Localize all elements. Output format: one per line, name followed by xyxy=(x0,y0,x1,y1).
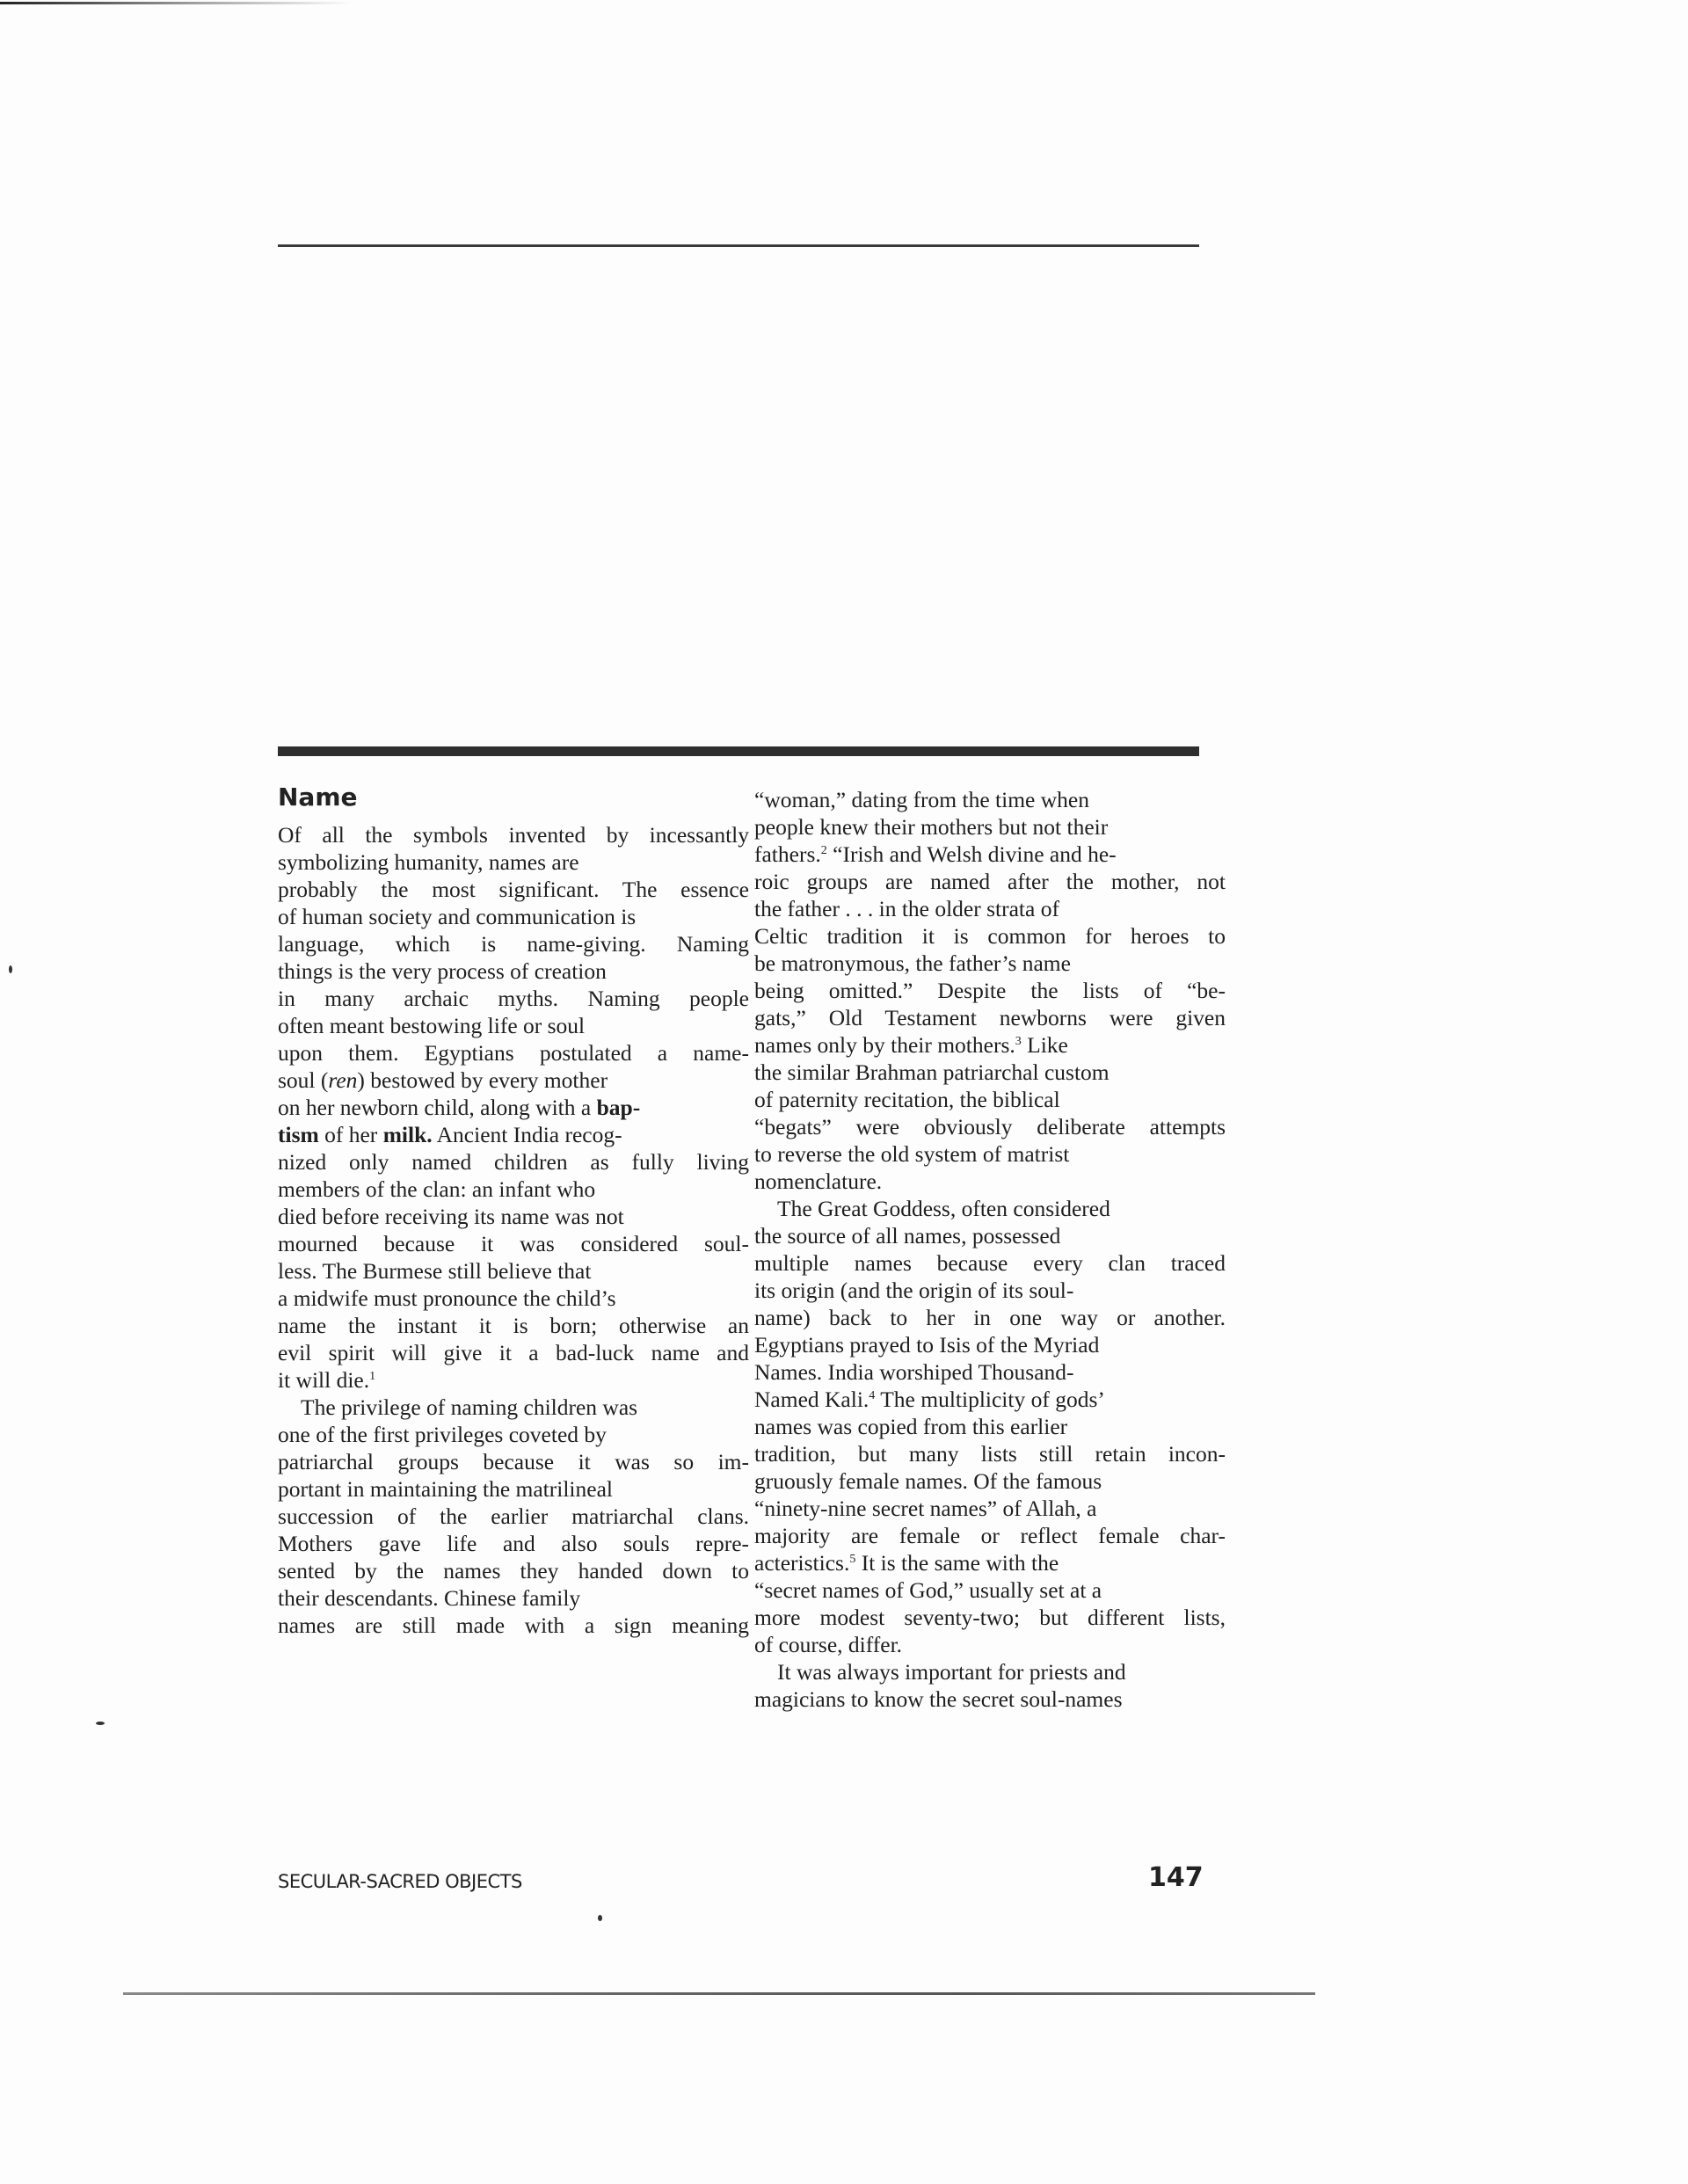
text-line: less. The Burmese still believe that xyxy=(278,1257,749,1285)
text-line: often meant bestowing life or soul xyxy=(278,1012,749,1039)
text-line: portant in maintaining the matrilineal xyxy=(278,1475,749,1503)
text-line: It was always important for priests and xyxy=(754,1658,1226,1685)
text-line: the father . . . in the older strata of xyxy=(754,895,1226,922)
text-line: names are still made with a sign meaning xyxy=(278,1612,749,1639)
footnote-marker[interactable]: 1 xyxy=(369,1370,375,1383)
text-line: name) back to her in one way or another. xyxy=(754,1304,1226,1331)
text-line: members of the clan: an infant who xyxy=(278,1176,749,1203)
text-line: the similar Brahman patriarchal custom xyxy=(754,1059,1226,1086)
text-line: it will die.1 xyxy=(278,1366,749,1394)
text-line: being omitted.” Despite the lists of “be… xyxy=(754,977,1226,1004)
text-line: a midwife must pronounce the child’s xyxy=(278,1285,749,1312)
text-line: on her newborn child, along with a bap- xyxy=(278,1094,749,1121)
text-line: nomenclature. xyxy=(754,1168,1226,1195)
text-line: “ninety-nine secret names” of Allah, a xyxy=(754,1495,1226,1522)
text-line: tism of her milk. Ancient India recog- xyxy=(278,1121,749,1148)
text-line: Celtic tradition it is common for heroes… xyxy=(754,922,1226,950)
scan-speck xyxy=(9,965,12,973)
text-line: fathers.2 “Irish and Welsh divine and he… xyxy=(754,841,1226,868)
text-line: Names. India worshiped Thousand- xyxy=(754,1358,1226,1386)
text-line: names only by their mothers.3 Like xyxy=(754,1031,1226,1059)
text-line: symbolizing humanity, names are xyxy=(278,848,749,876)
footnote-marker[interactable]: 3 xyxy=(1015,1035,1022,1048)
text-line: majority are female or reflect female ch… xyxy=(754,1522,1226,1549)
text-line: gats,” Old Testament newborns were given xyxy=(754,1004,1226,1031)
text-line: one of the first privileges coveted by xyxy=(278,1421,749,1448)
text-line: Of all the symbols invented by incessant… xyxy=(278,821,749,848)
text-line: of human society and communication is xyxy=(278,903,749,930)
text-line: magicians to know the secret soul-names xyxy=(754,1685,1226,1713)
text-line: more modest seventy-two; but different l… xyxy=(754,1604,1226,1631)
text-line: mourned because it was considered soul- xyxy=(278,1230,749,1257)
scan-speck xyxy=(598,1915,602,1921)
text-line: nized only named children as fully livin… xyxy=(278,1148,749,1176)
text-line: patriarchal groups because it was so im- xyxy=(278,1448,749,1475)
top-rule xyxy=(278,244,1199,247)
text-line: name the instant it is born; otherwise a… xyxy=(278,1312,749,1339)
text-line: the source of all names, possessed xyxy=(754,1222,1226,1249)
text-line: things is the very process of creation xyxy=(278,957,749,985)
text-line: “begats” were obviously deliberate attem… xyxy=(754,1113,1226,1140)
scan-edge-mark xyxy=(0,2,352,4)
section-rule xyxy=(278,746,1199,756)
text-line: died before receiving its name was not xyxy=(278,1203,749,1230)
text-line: probably the most significant. The essen… xyxy=(278,876,749,903)
left-column: Of all the symbols invented by incessant… xyxy=(278,821,749,1639)
text-line: gruously female names. Of the famous xyxy=(754,1467,1226,1495)
text-line: people knew their mothers but not their xyxy=(754,813,1226,841)
text-line: their descendants. Chinese family xyxy=(278,1584,749,1612)
text-line: of paternity recitation, the biblical xyxy=(754,1086,1226,1113)
text-line: be matronymous, the father’s name xyxy=(754,950,1226,977)
cross-reference[interactable]: tism xyxy=(278,1122,319,1147)
text-line: “woman,” dating from the time when xyxy=(754,786,1226,813)
entry-heading: Name xyxy=(278,783,358,812)
cross-reference-milk[interactable]: milk. xyxy=(383,1122,433,1147)
text-line: of course, differ. xyxy=(754,1631,1226,1658)
text-line: language, which is name-giving. Naming xyxy=(278,930,749,957)
text-line: roic groups are named after the mother, … xyxy=(754,868,1226,895)
running-footer-title: SECULAR-SACRED OBJECTS xyxy=(278,1871,522,1892)
text-line: its origin (and the origin of its soul- xyxy=(754,1277,1226,1304)
text-line: in many archaic myths. Naming people xyxy=(278,985,749,1012)
text-line: Egyptians prayed to Isis of the Myriad xyxy=(754,1331,1226,1358)
text-line: Named Kali.4 The multiplicity of gods’ xyxy=(754,1386,1226,1413)
bottom-rule xyxy=(123,1992,1315,1995)
cross-reference[interactable]: bap- xyxy=(597,1095,641,1120)
text-line: “secret names of God,” usually set at a xyxy=(754,1576,1226,1604)
text-line: evil spirit will give it a bad-luck name… xyxy=(278,1339,749,1366)
text-line: soul (ren) bestowed by every mother xyxy=(278,1067,749,1094)
scan-speck xyxy=(96,1722,105,1725)
right-column: “woman,” dating from the time when peopl… xyxy=(754,786,1226,1713)
text-line: succession of the earlier matriarchal cl… xyxy=(278,1503,749,1530)
text-line: acteristics.5 It is the same with the xyxy=(754,1549,1226,1576)
text-line: to reverse the old system of matrist xyxy=(754,1140,1226,1168)
page-number: 147 xyxy=(1148,1862,1204,1893)
footnote-marker[interactable]: 2 xyxy=(821,844,827,857)
text-line: multiple names because every clan traced xyxy=(754,1249,1226,1277)
text-line: upon them. Egyptians postulated a name- xyxy=(278,1039,749,1067)
text-line: tradition, but many lists still retain i… xyxy=(754,1440,1226,1467)
italic-term: ren xyxy=(328,1067,357,1093)
text-line: Mothers gave life and also souls repre- xyxy=(278,1530,749,1557)
text-line: sented by the names they handed down to xyxy=(278,1557,749,1584)
text-line: The privilege of naming children was xyxy=(278,1394,749,1421)
text-line: The Great Goddess, often considered xyxy=(754,1195,1226,1222)
text-line: names was copied from this earlier xyxy=(754,1413,1226,1440)
